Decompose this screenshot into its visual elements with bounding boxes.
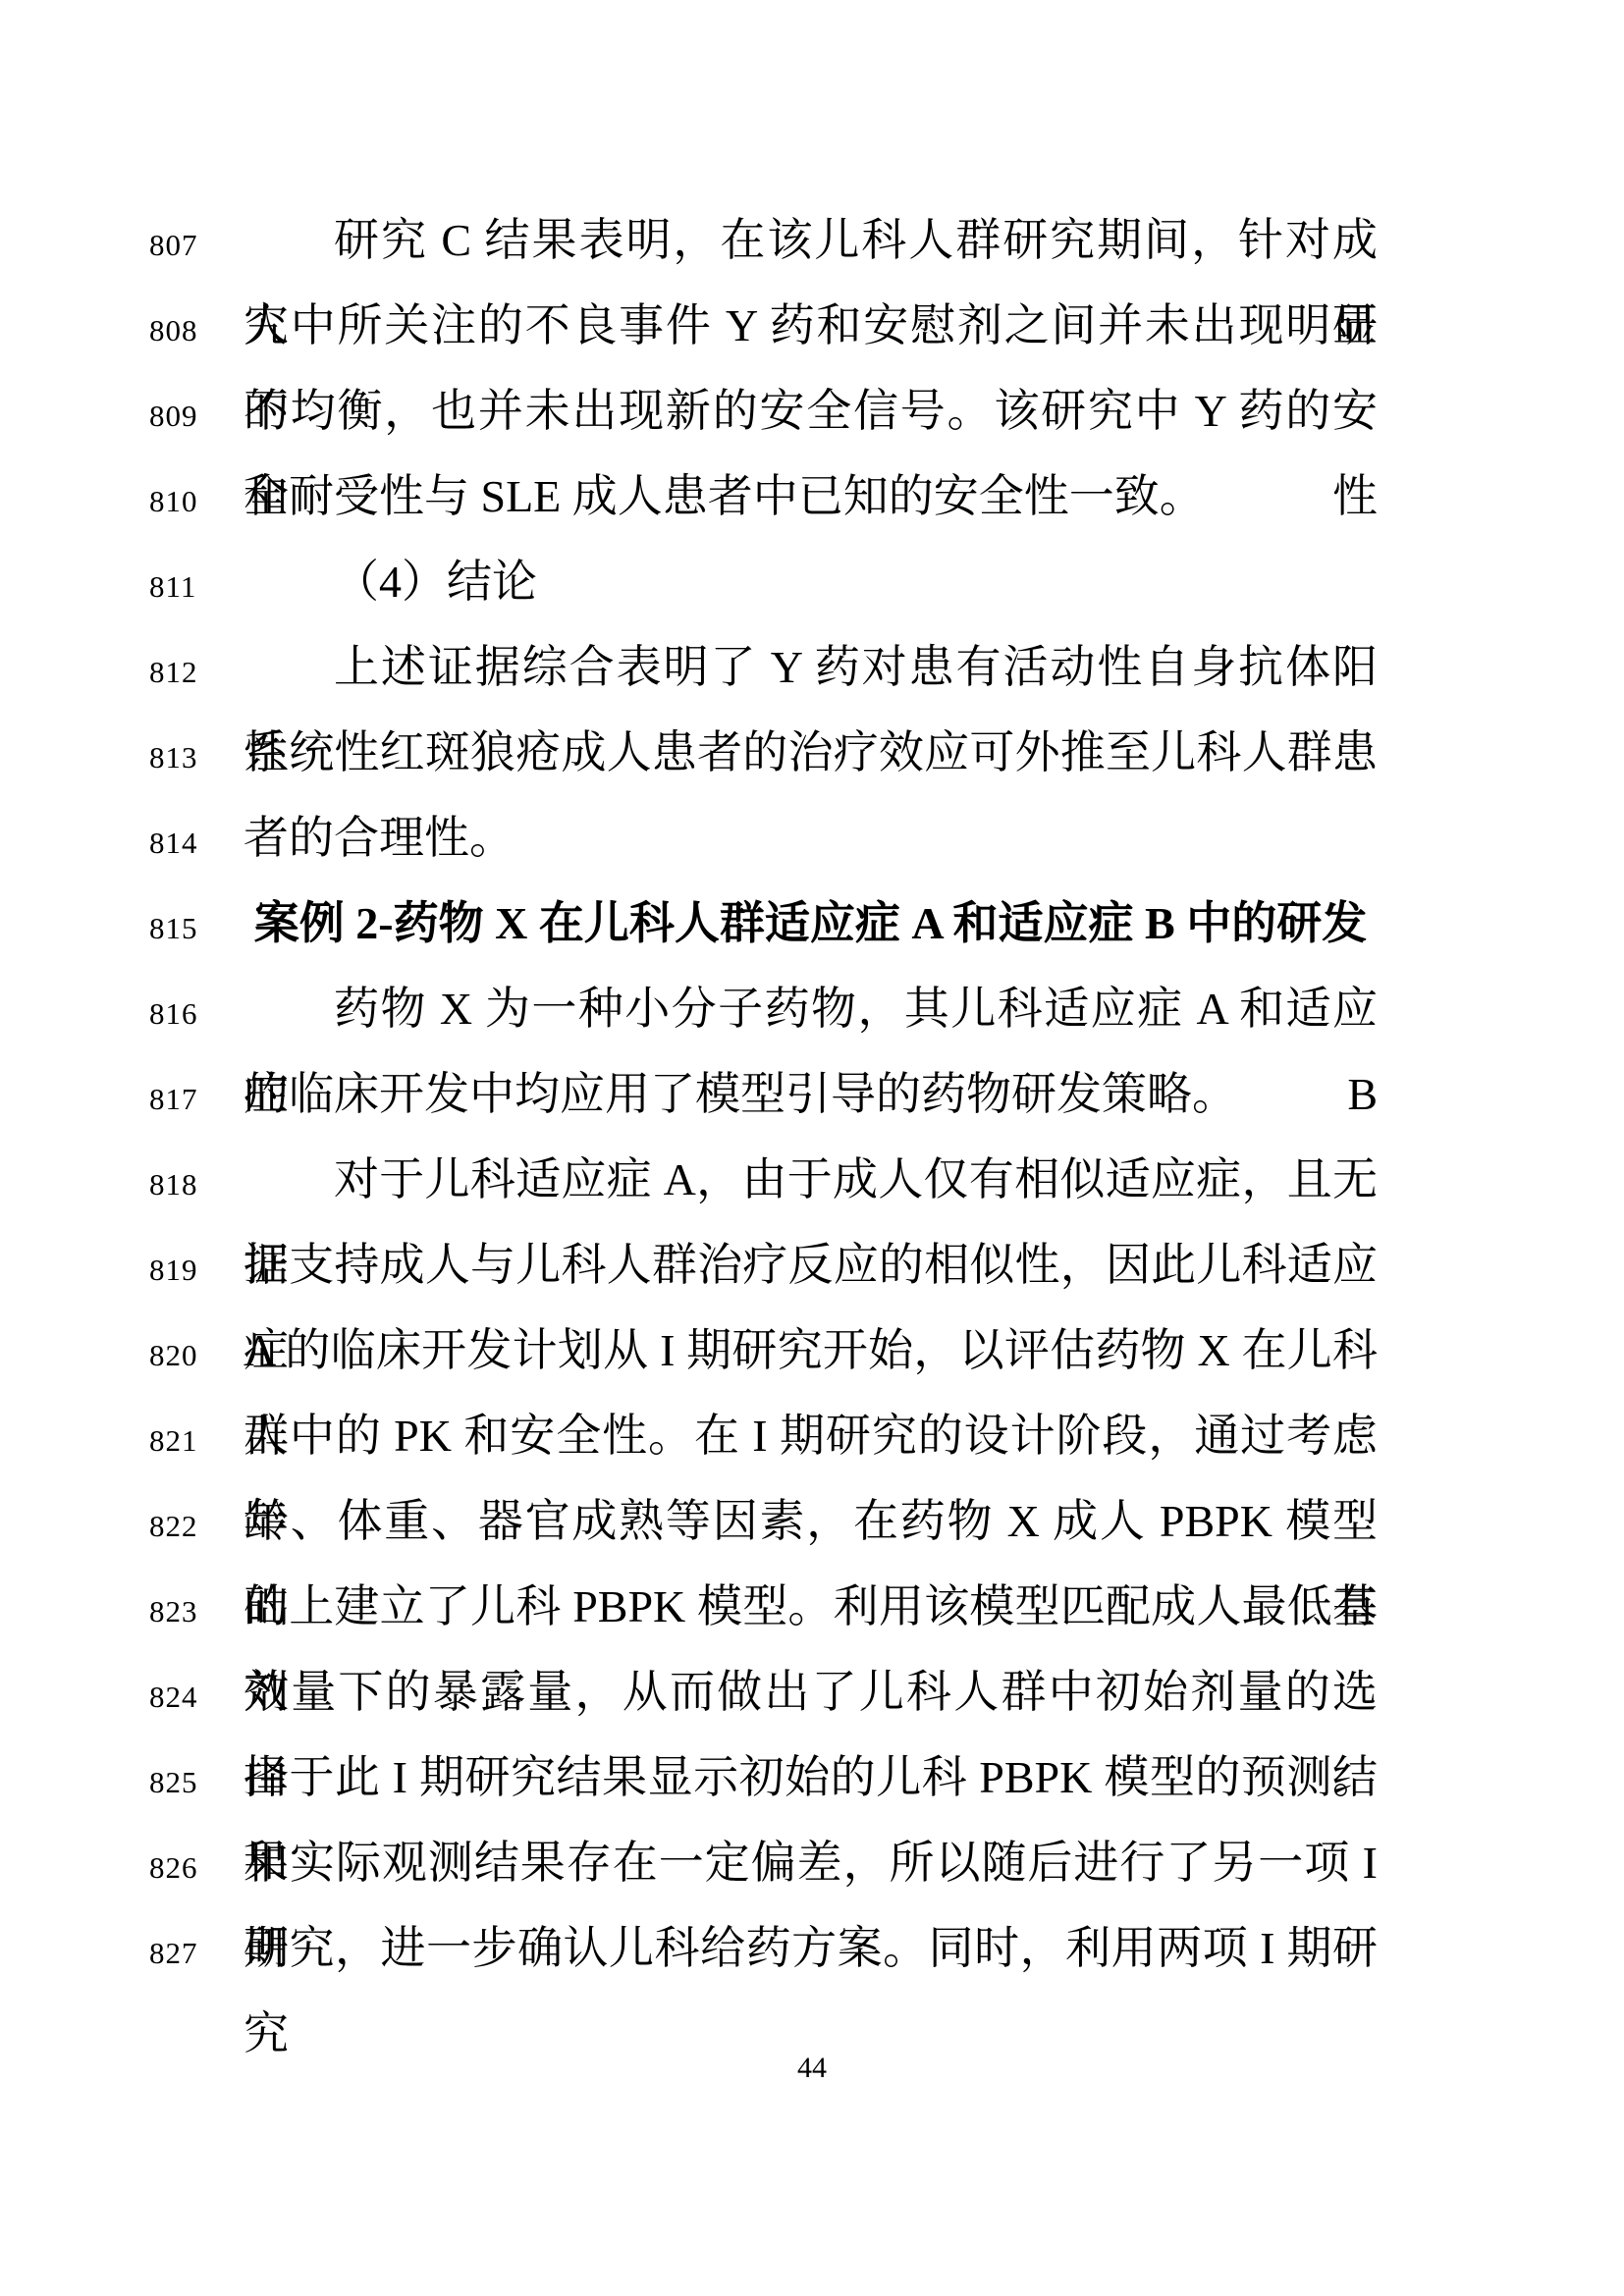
line-text: （4）结论 [244, 539, 1378, 624]
text-line: 824 剂量下的暴露量，从而做出了儿科人群中初始剂量的选择。 [149, 1649, 1378, 1735]
line-number: 815 [149, 885, 244, 971]
text-line: 823 础上建立了儿科 PBPK 模型。利用该模型匹配成人最低有效 [149, 1564, 1378, 1649]
line-number: 818 [149, 1142, 244, 1227]
line-text: 系统性红斑狼疮成人患者的治疗效应可外推至儿科人群患 [244, 710, 1378, 795]
text-line: 822 龄、体重、器官成熟等因素，在药物 X 成人 PBPK 模型的基 [149, 1478, 1378, 1564]
text-line: 809 不均衡，也并未出现新的安全信号。该研究中 Y 药的安全性 [149, 368, 1378, 454]
line-number: 817 [149, 1056, 244, 1142]
text-line: 827 研究，进一步确认儿科给药方案。同时，利用两项 I 期研究 [149, 1905, 1378, 1991]
line-number: 812 [149, 629, 244, 715]
text-line: 813 系统性红斑狼疮成人患者的治疗效应可外推至儿科人群患 [149, 710, 1378, 795]
line-number: 819 [149, 1227, 244, 1312]
section-heading: 案例 2-药物 X 在儿科人群适应症 A 和适应症 B 中的研发 [244, 881, 1378, 966]
text-line: 807 研究 C 结果表明，在该儿科人群研究期间，针对成人研 [149, 197, 1378, 283]
text-line: 825 由于此 I 期研究结果显示初始的儿科 PBPK 模型的预测结果 [149, 1735, 1378, 1820]
line-number: 809 [149, 373, 244, 458]
text-line: 826 和实际观测结果存在一定偏差，所以随后进行了另一项 I 期 [149, 1820, 1378, 1905]
document-page: 807 研究 C 结果表明，在该儿科人群研究期间，针对成人研 808 究中所关注… [0, 0, 1624, 2296]
line-number: 808 [149, 288, 244, 373]
line-number: 810 [149, 458, 244, 544]
line-number: 824 [149, 1654, 244, 1739]
line-number: 813 [149, 715, 244, 800]
line-number: 823 [149, 1569, 244, 1654]
line-number: 807 [149, 202, 244, 288]
text-line: 816 药物 X 为一种小分子药物，其儿科适应症 A 和适应症 B [149, 966, 1378, 1051]
line-number: 827 [149, 1910, 244, 1996]
text-line: 810 和耐受性与 SLE 成人患者中已知的安全性一致。 [149, 454, 1378, 539]
line-number: 811 [149, 544, 244, 629]
page-number: 44 [0, 2054, 1624, 2083]
text-line: 819 据支持成人与儿科人群治疗反应的相似性，因此儿科适应症 [149, 1222, 1378, 1308]
line-text: 研究，进一步确认儿科给药方案。同时，利用两项 I 期研究 [244, 1905, 1378, 2076]
text-line: 817 的临床开发中均应用了模型引导的药物研发策略。 [149, 1051, 1378, 1137]
text-line: 820 A 的临床开发计划从 I 期研究开始，以评估药物 X 在儿科人 [149, 1308, 1378, 1393]
line-number: 825 [149, 1739, 244, 1825]
text-block: 807 研究 C 结果表明，在该儿科人群研究期间，针对成人研 808 究中所关注… [149, 197, 1378, 1991]
line-number: 814 [149, 800, 244, 885]
text-line: 808 究中所关注的不良事件 Y 药和安慰剂之间并未出现明显的 [149, 283, 1378, 368]
line-number: 821 [149, 1398, 244, 1483]
text-line: 811 （4）结论 [149, 539, 1378, 624]
text-line: 814 者的合理性。 [149, 795, 1378, 881]
line-number: 826 [149, 1825, 244, 1910]
line-number: 822 [149, 1483, 244, 1569]
line-number: 820 [149, 1312, 244, 1398]
line-number: 816 [149, 971, 244, 1056]
text-line: 818 对于儿科适应症 A，由于成人仅有相似适应症，且无证 [149, 1137, 1378, 1222]
text-line: 815 案例 2-药物 X 在儿科人群适应症 A 和适应症 B 中的研发 [149, 881, 1378, 966]
line-text: 和耐受性与 SLE 成人患者中已知的安全性一致。 [244, 454, 1378, 539]
text-line: 821 群中的 PK 和安全性。在 I 期研究的设计阶段，通过考虑年 [149, 1393, 1378, 1478]
line-text: 者的合理性。 [244, 795, 1378, 881]
text-line: 812 上述证据综合表明了 Y 药对患有活动性自身抗体阳性 [149, 624, 1378, 710]
line-text: 的临床开发中均应用了模型引导的药物研发策略。 [244, 1051, 1378, 1137]
